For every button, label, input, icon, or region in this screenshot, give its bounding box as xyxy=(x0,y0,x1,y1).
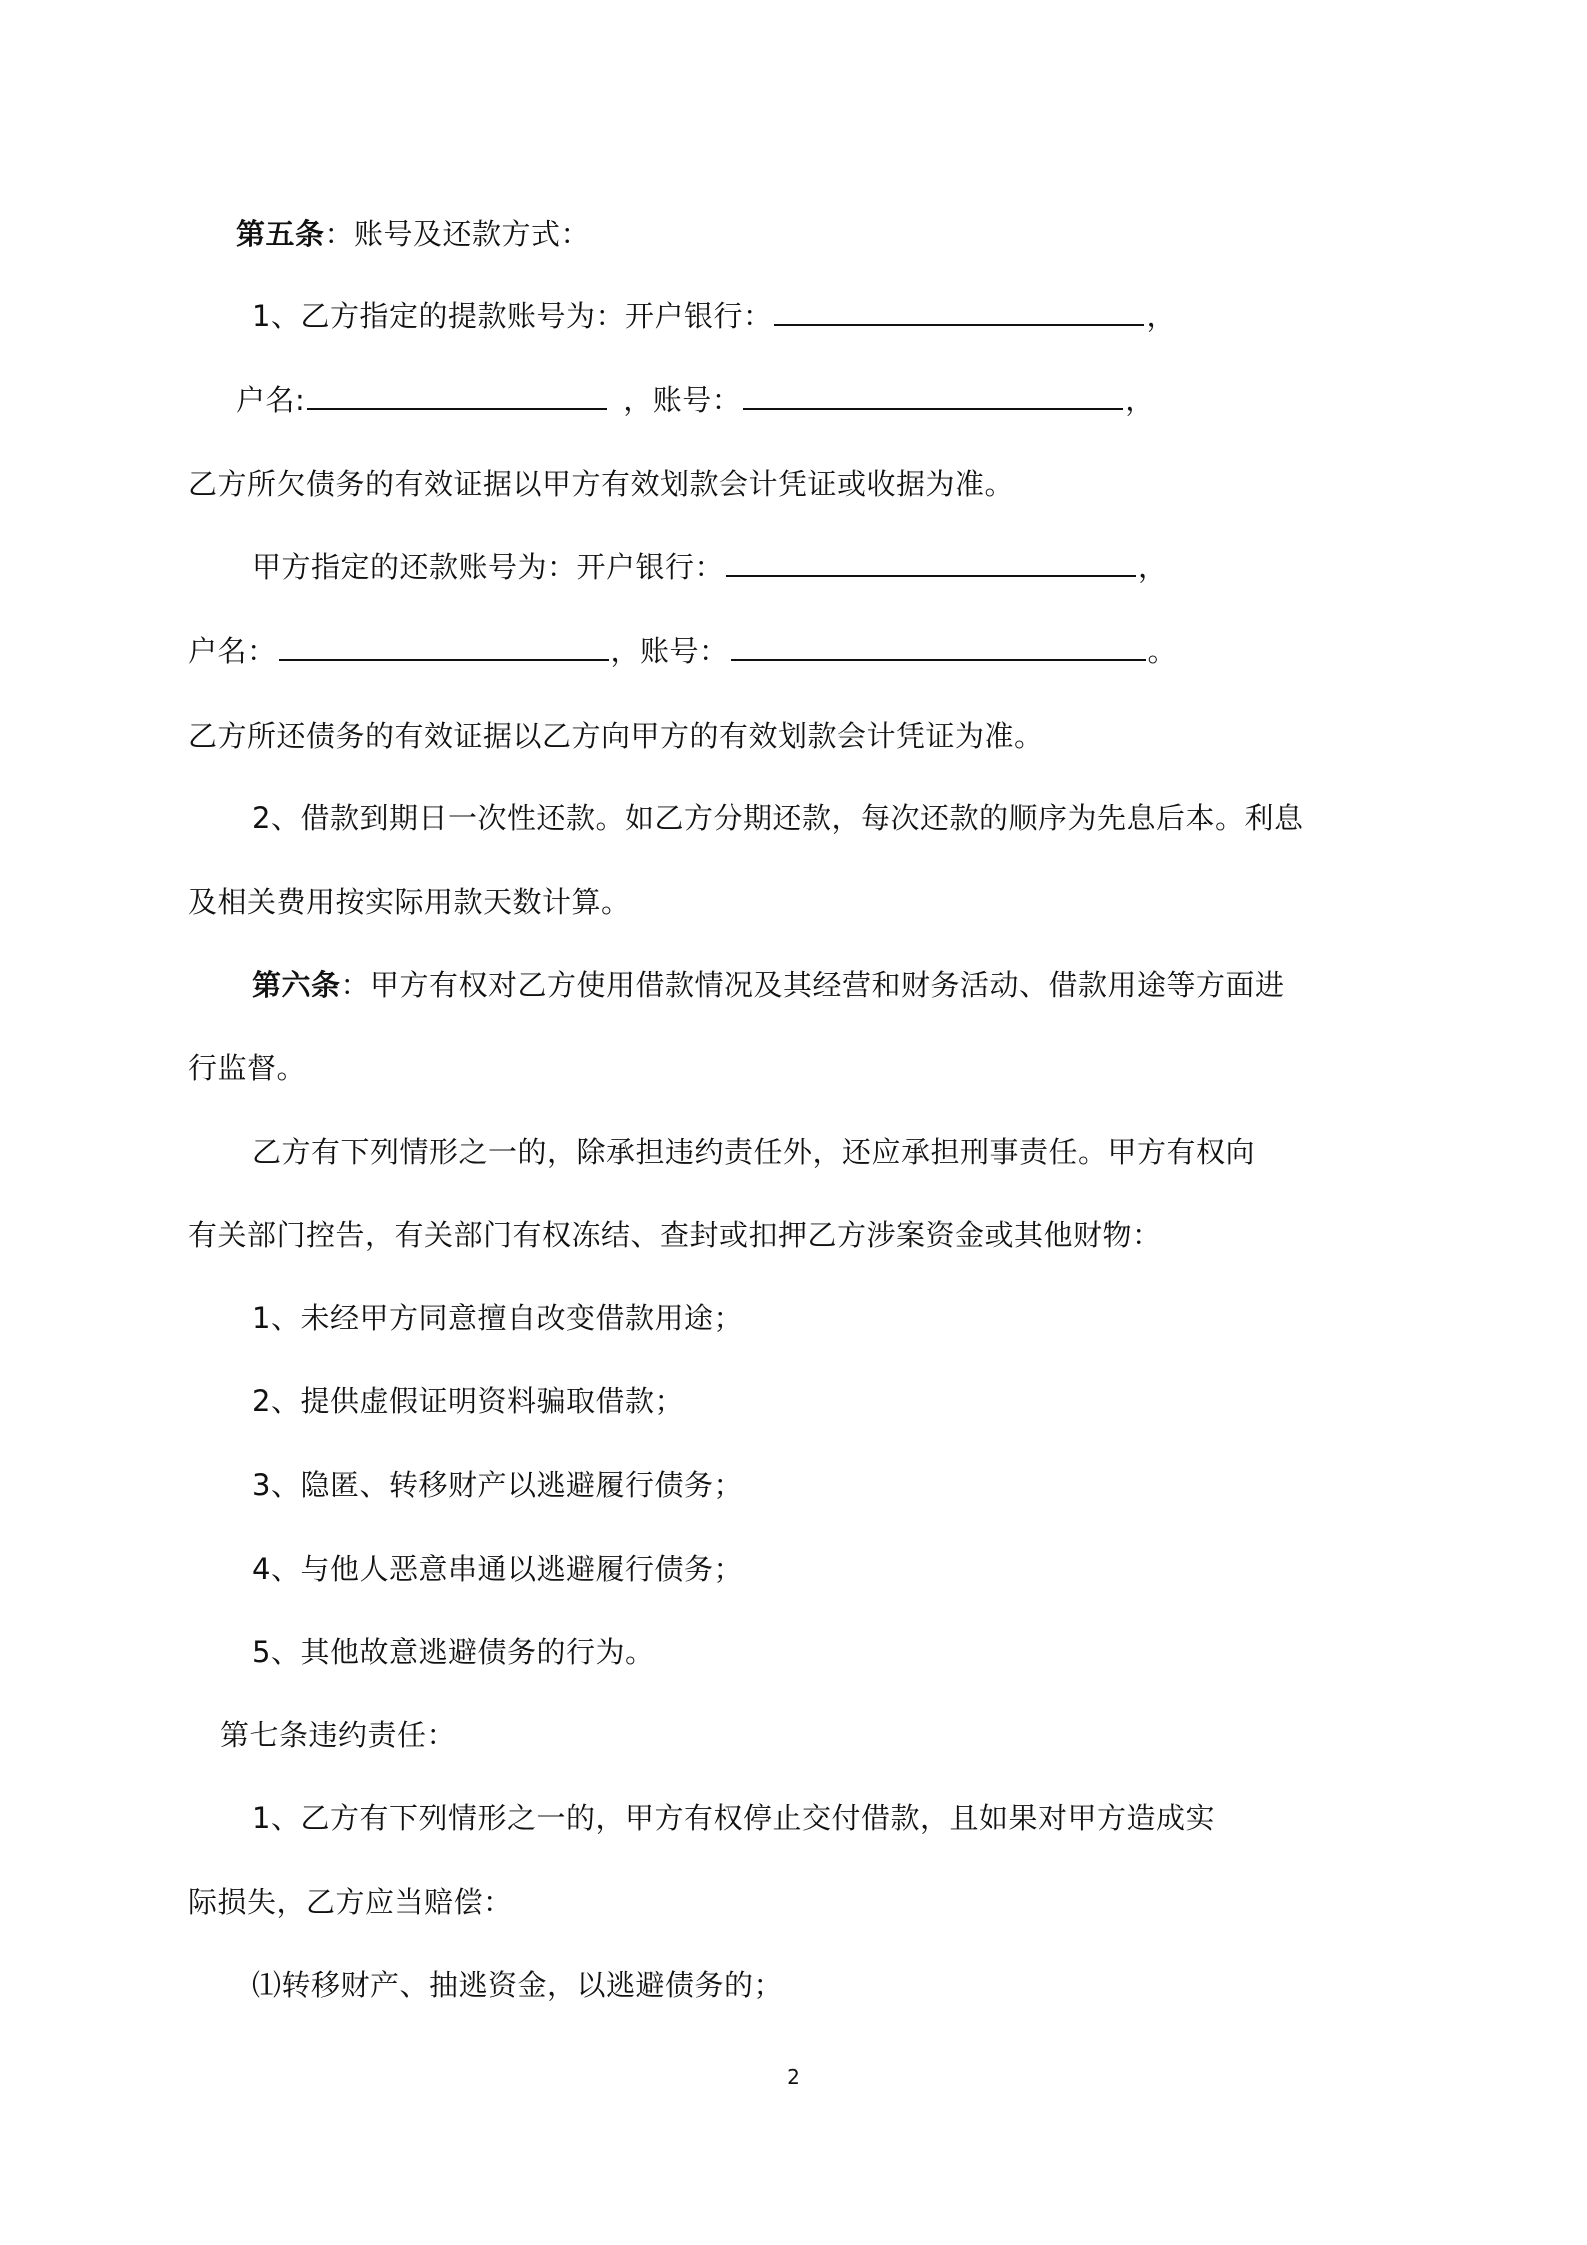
withdrawal-account-label: ，账号： xyxy=(623,383,741,417)
article6-item-1: 1、未经甲方同意擅自改变借款用途； xyxy=(252,1300,743,1336)
withdrawal-name-label: 户名: xyxy=(236,383,305,417)
article7-sub1: ⑴转移财产、抽逃资金，以逃避债务的； xyxy=(252,1967,783,2003)
article6-item-2: 2、提供虚假证明资料骗取借款； xyxy=(252,1383,684,1419)
repayment-account-blank[interactable] xyxy=(731,633,1146,661)
comma: ， xyxy=(1146,299,1176,333)
article6-line1: 第六条：甲方有权对乙方使用借款情况及其经营和财务活动、借款用途等方面进 xyxy=(252,967,1285,1003)
period: 。 xyxy=(1148,634,1178,668)
withdrawal-bank-label: 1、乙方指定的提款账号为：开户银行： xyxy=(252,299,772,333)
article7-heading: 第七条违约责任： xyxy=(220,1717,456,1753)
article5-heading-rest: ：账号及还款方式： xyxy=(325,217,591,251)
article5-item2-line1: 2、借款到期日一次性还款。如乙方分期还款，每次还款的顺序为先息后本。利息 xyxy=(252,800,1303,836)
article6-para-line1: 乙方有下列情形之一的，除承担违约责任外，还应承担刑事责任。甲方有权向 xyxy=(252,1134,1255,1170)
repayment-note: 乙方所还债务的有效证据以乙方向甲方的有效划款会计凭证为准。 xyxy=(188,718,1044,754)
page-number: 2 xyxy=(0,2065,1587,2089)
article5-heading: 第五条 xyxy=(236,217,325,251)
article6-item-5: 5、其他故意逃避债务的行为。 xyxy=(252,1634,654,1670)
article7-item1-line2: 际损失，乙方应当赔偿： xyxy=(188,1884,513,1920)
repayment-bank-blank[interactable] xyxy=(726,549,1136,577)
repayment-bank-line: 甲方指定的还款账号为：开户银行：， xyxy=(252,549,1168,585)
repayment-account-line: 户名：，账号：。 xyxy=(188,633,1177,669)
repayment-name-label: 户名： xyxy=(188,634,277,668)
comma: ， xyxy=(1138,550,1168,584)
article7-item1-line1: 1、乙方有下列情形之一的，甲方有权停止交付借款，且如果对甲方造成实 xyxy=(252,1800,1215,1836)
article6-item-3: 3、隐匿、转移财产以逃避履行债务； xyxy=(252,1467,743,1503)
article5-item2-line2: 及相关费用按实际用款天数计算。 xyxy=(188,884,631,920)
withdrawal-account-blank[interactable] xyxy=(743,382,1123,410)
article6-item-4: 4、与他人恶意串通以逃避履行债务； xyxy=(252,1551,743,1587)
withdrawal-note: 乙方所欠债务的有效证据以甲方有效划款会计凭证或收据为准。 xyxy=(188,466,1014,502)
article6-line1-rest: ：甲方有权对乙方使用借款情况及其经营和财务活动、借款用途等方面进 xyxy=(341,968,1285,1002)
repayment-bank-label: 甲方指定的还款账号为：开户银行： xyxy=(252,550,724,584)
repayment-account-label: ，账号： xyxy=(611,634,729,668)
article6-heading: 第六条 xyxy=(252,968,341,1002)
article5-heading-line: 第五条：账号及还款方式： xyxy=(236,216,590,252)
repayment-name-blank[interactable] xyxy=(279,633,609,661)
article6-para-line2: 有关部门控告，有关部门有权冻结、查封或扣押乙方涉案资金或其他财物： xyxy=(188,1217,1162,1253)
withdrawal-bank-blank[interactable] xyxy=(774,298,1144,326)
withdrawal-bank-line: 1、乙方指定的提款账号为：开户银行：， xyxy=(252,298,1176,334)
withdrawal-account-line: 户名:，账号：， xyxy=(236,382,1155,418)
withdrawal-name-blank[interactable] xyxy=(307,382,607,410)
comma: ， xyxy=(1125,383,1155,417)
article6-line2: 行监督。 xyxy=(188,1050,306,1086)
